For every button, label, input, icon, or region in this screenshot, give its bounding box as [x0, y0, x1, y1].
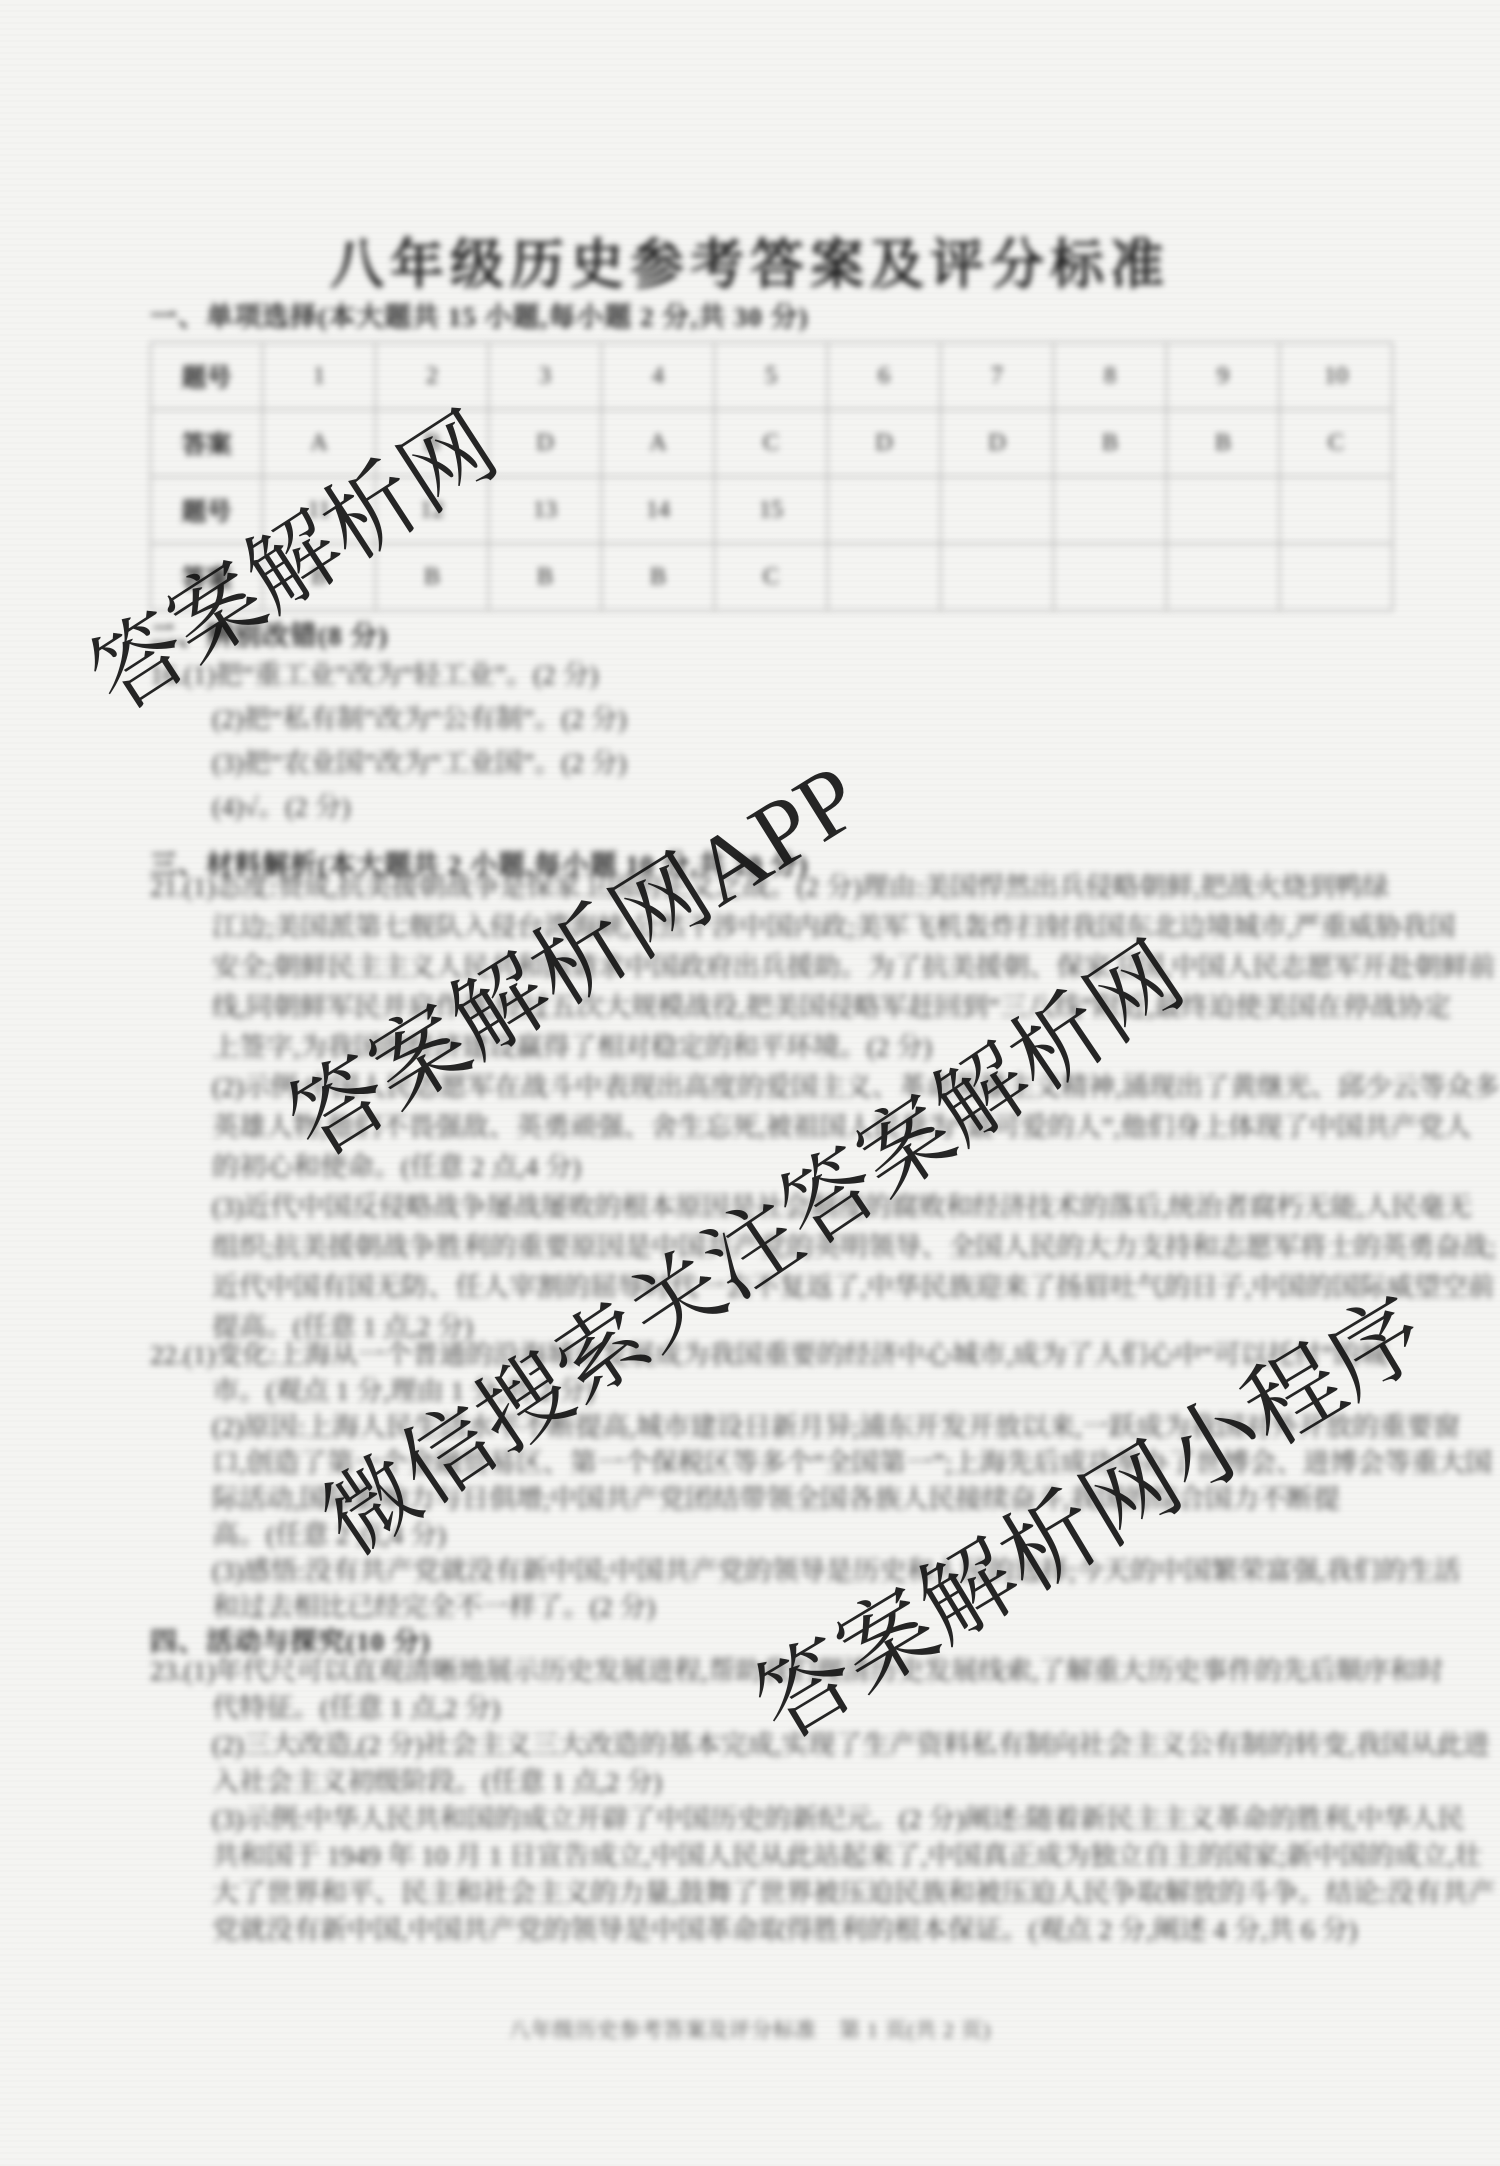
table-cell [1167, 477, 1280, 544]
table-cell: B [1167, 410, 1280, 477]
text-line: 共和国于 1949 年 10 月 1 日宣告成立,中国人民从此站起来了,中国真正… [150, 1841, 1365, 1878]
table-cell: B [489, 544, 602, 611]
table-cell: 3 [489, 343, 602, 410]
text-line: (2)把“私有制”改为“公有制”。(2 分) [150, 704, 1365, 748]
text-line: 22.(1)变化:上海从一个普通的沿海城市发展成为我国重要的经济中心城市,成为了… [150, 1340, 1365, 1376]
table-cell: C [715, 410, 828, 477]
row-label: 答案 [151, 410, 263, 477]
text-line: (3)示例:中华人民共和国的成立开辟了中国历史的新纪元。(2 分)阐述:随着新民… [150, 1804, 1365, 1841]
text-line: 大了世界和平、民主和社会主义的力量,鼓舞了世界被压迫民族和被压迫人民争取解放的斗… [150, 1878, 1365, 1915]
table-cell: 10 [1280, 343, 1393, 410]
table-cell: D [941, 410, 1054, 477]
table-cell: B [602, 544, 715, 611]
text-line: 党就没有新中国,中国共产党的领导是中国革命取得胜利的根本保证。(观点 2 分,阐… [150, 1915, 1365, 1952]
table-cell [1054, 477, 1167, 544]
table-cell: 2 [376, 343, 489, 410]
text-line: (3)感悟:没有共产党就没有新中国;中国共产党的领导是历史和人民的选择;今天的中… [150, 1556, 1365, 1592]
table-cell: 4 [602, 343, 715, 410]
table-cell: 13 [489, 477, 602, 544]
document-scan-layer: 八年级历史参考答案及评分标准 一、单项选择(本大题共 15 小题,每小题 2 分… [0, 0, 1500, 2166]
table-cell [1054, 544, 1167, 611]
table-cell: 7 [941, 343, 1054, 410]
table-cell: 5 [715, 343, 828, 410]
page-title: 八年级历史参考答案及评分标准 [0, 222, 1500, 299]
table-cell [1280, 477, 1393, 544]
table-cell [941, 477, 1054, 544]
text-line: (2)三大改造,(2 分)社会主义三大改造的基本完成,实现了生产资料私有制向社会… [150, 1730, 1365, 1767]
section-4-heading: 四、活动与探究(10 分) [150, 1620, 431, 1659]
table-cell [1167, 544, 1280, 611]
table-row: 答案 ABDACDDBBC [151, 410, 1393, 477]
section-1-heading: 一、单项选择(本大题共 15 小题,每小题 2 分,共 30 分) [150, 295, 808, 334]
table-cell [828, 477, 941, 544]
text-line: 入社会主义初级阶段。(任意 1 点,2 分) [150, 1767, 1365, 1804]
table-row: 题号 12345678910 [151, 343, 1393, 410]
table-cell: C [1280, 410, 1393, 477]
page-footer: 八年级历史参考答案及评分标准 第 1 页(共 2 页) [0, 2014, 1500, 2044]
table-cell: 8 [1054, 343, 1167, 410]
table-cell: B [1054, 410, 1167, 477]
text-line: 江边;美国派第七舰队入侵台湾海峡,公然干涉中国内政;美军飞机轰炸扫射我国东北边境… [150, 912, 1365, 952]
scanned-answer-key-page: 八年级历史参考答案及评分标准 一、单项选择(本大题共 15 小题,每小题 2 分… [0, 0, 1500, 2166]
table-cell: 6 [828, 343, 941, 410]
row-label: 题号 [151, 343, 263, 410]
table-cell: A [602, 410, 715, 477]
table-cell [941, 544, 1054, 611]
table-cell: D [828, 410, 941, 477]
table-cell: 15 [715, 477, 828, 544]
table-cell [1280, 544, 1393, 611]
table-cell: 1 [263, 343, 376, 410]
table-cell: 9 [1167, 343, 1280, 410]
table-cell [828, 544, 941, 611]
table-cell: 14 [602, 477, 715, 544]
text-line: 16.(1)把“重工业”改为“轻工业”。(2 分) [150, 660, 1365, 704]
table-cell: C [715, 544, 828, 611]
